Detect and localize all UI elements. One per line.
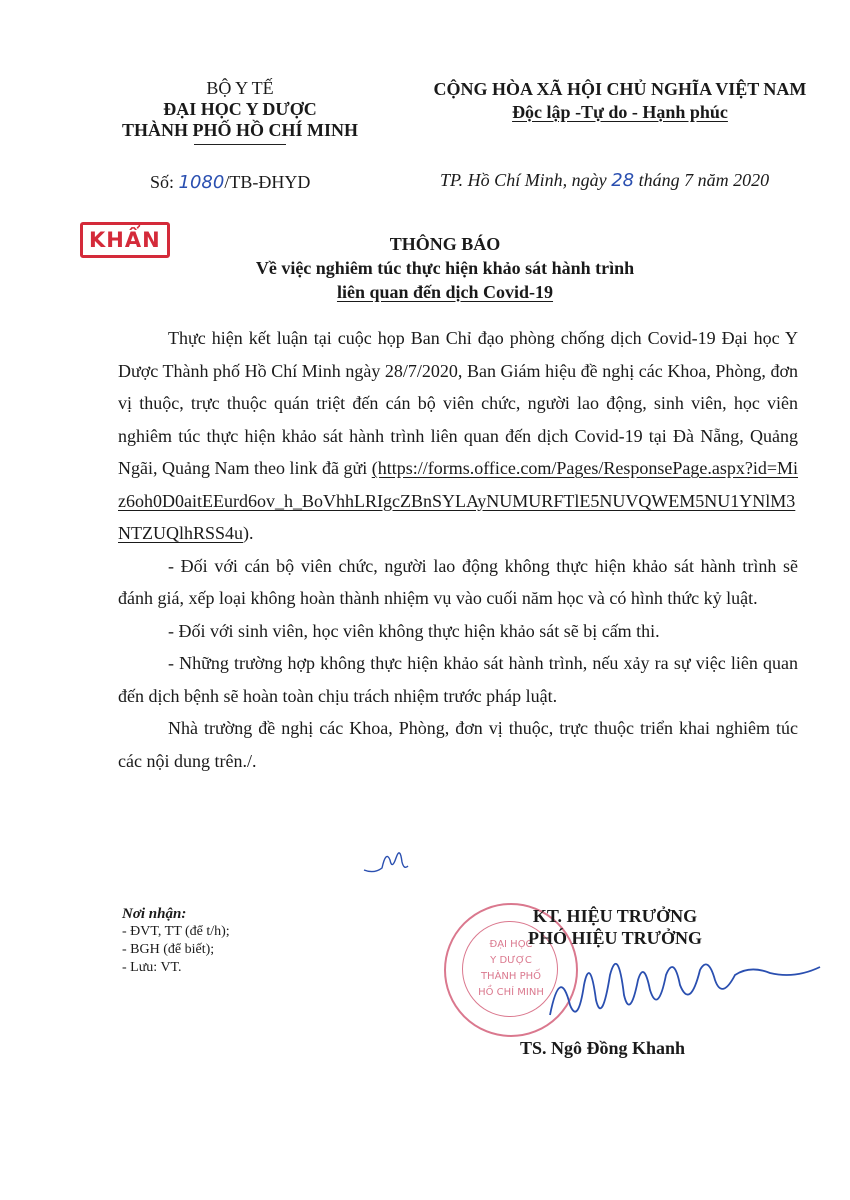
paragraph-1-text: Thực hiện kết luận tại cuộc họp Ban Chỉ … — [118, 328, 798, 478]
doc-number-prefix: Số: — [150, 172, 179, 192]
title-subject-line-1: Về việc nghiêm túc thực hiện khảo sát hà… — [180, 256, 710, 280]
doc-number-suffix: /TB-ĐHYD — [224, 172, 310, 192]
issuing-organization: BỘ Y TẾ ĐẠI HỌC Y DƯỢC THÀNH PHỐ HỒ CHÍ … — [100, 78, 380, 145]
urgent-stamp: KHẨN — [80, 222, 170, 258]
handwritten-initial-mark — [360, 840, 410, 880]
handwritten-signature — [540, 945, 830, 1035]
national-header: CỘNG HÒA XÃ HỘI CHỦ NGHĨA VIỆT NAM Độc l… — [410, 78, 830, 124]
paragraph-2: - Đối với cán bộ viên chức, người lao độ… — [118, 550, 798, 615]
nation-name: CỘNG HÒA XÃ HỘI CHỦ NGHĨA VIỆT NAM — [410, 78, 830, 101]
document-number: Số: 1080/TB-ĐHYD — [150, 172, 310, 193]
recipient-item: - BGH (để biết); — [122, 941, 230, 959]
date-day-handwritten: 28 — [611, 170, 634, 191]
university-name: ĐẠI HỌC Y DƯỢC — [100, 99, 380, 120]
signer-name: TS. Ngô Đồng Khanh — [520, 1038, 685, 1059]
paragraph-4: - Những trường hợp không thực hiện khảo … — [118, 647, 798, 712]
signature-title-1: KT. HIỆU TRƯỞNG — [455, 905, 775, 927]
document-body: Thực hiện kết luận tại cuộc họp Ban Chỉ … — [118, 322, 798, 777]
date-prefix: TP. Hồ Chí Minh, ngày — [440, 170, 611, 190]
recipients-heading: Nơi nhận: — [122, 905, 230, 923]
ministry-name: BỘ Y TẾ — [100, 78, 380, 99]
doc-number-handwritten: 1080 — [179, 172, 225, 193]
city-name: THÀNH PHỐ HỒ CHÍ MINH — [100, 120, 380, 141]
paragraph-3: - Đối với sinh viên, học viên không thực… — [118, 615, 798, 648]
header-divider — [194, 144, 286, 145]
paragraph-5: Nhà trường đề nghị các Khoa, Phòng, đơn … — [118, 712, 798, 777]
date-suffix: tháng 7 năm 2020 — [634, 170, 769, 190]
paragraph-1-end: ). — [243, 523, 254, 543]
document-title: THÔNG BÁO Về việc nghiêm túc thực hiện k… — [180, 232, 710, 304]
recipient-item: - Lưu: VT. — [122, 959, 230, 977]
recipients-list: Nơi nhận: - ĐVT, TT (để t/h); - BGH (để … — [122, 905, 230, 977]
recipient-item: - ĐVT, TT (để t/h); — [122, 923, 230, 941]
date-line: TP. Hồ Chí Minh, ngày 28 tháng 7 năm 202… — [440, 170, 769, 191]
title-subject-line-2: liên quan đến dịch Covid-19 — [180, 280, 710, 304]
paragraph-1: Thực hiện kết luận tại cuộc họp Ban Chỉ … — [118, 322, 798, 550]
national-motto: Độc lập -Tự do - Hạnh phúc — [410, 101, 830, 124]
title-heading: THÔNG BÁO — [180, 232, 710, 256]
signature-block: KT. HIỆU TRƯỞNG PHÓ HIỆU TRƯỞNG — [455, 905, 775, 949]
